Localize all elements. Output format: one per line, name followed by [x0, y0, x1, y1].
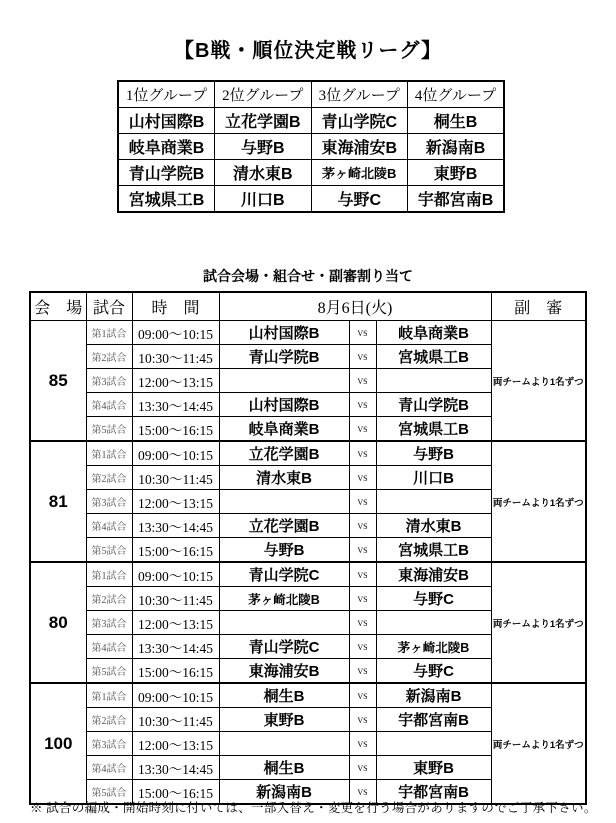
group-header-3rd: 3位グループ: [311, 81, 408, 108]
match-number-cell: 第4試合: [86, 756, 132, 780]
vs-label: vs: [349, 756, 376, 780]
group-team-cell: 与野B: [215, 134, 312, 160]
referee-note: 両チームより1名ずつ: [492, 495, 586, 509]
schedule-subtitle: 試合会場・組合せ・副審割り当て: [0, 266, 616, 286]
referee-cell: 両チームより1名ずつ: [491, 683, 586, 804]
schedule-table-body: 85第1試合09:00〜10:15山村国際Bvs岐阜商業B両チームより1名ずつ第…: [30, 321, 586, 805]
vs-label: vs: [349, 490, 376, 514]
group-table-row: 青山学院B清水東B茅ヶ崎北陵B東野B: [118, 160, 504, 186]
schedule-section: 会 場 試合 時 間 8月6日(火) 副 審 85第1試合09:00〜10:15…: [29, 291, 587, 805]
group-header-2nd: 2位グループ: [215, 81, 312, 108]
match-time-cell: 09:00〜10:15: [132, 562, 219, 587]
match-time-cell: 13:30〜14:45: [132, 635, 219, 659]
group-team-cell: 立花学園B: [215, 108, 312, 134]
group-team-cell: 東野B: [408, 160, 505, 186]
group-header-1st: 1位グループ: [118, 81, 215, 108]
match-column-header: 試合: [86, 292, 132, 321]
footnote: ※ 試合の編成・開始時刻に付いては、一部入替え・変更を行う場合がありますのでご了…: [30, 798, 597, 816]
match-time-cell: 13:30〜14:45: [132, 393, 219, 417]
match-number-cell: 第5試合: [86, 659, 132, 684]
home-team-cell: 立花学園B: [219, 441, 349, 466]
time-column-header: 時 間: [132, 292, 219, 321]
referee-cell: 両チームより1名ずつ: [491, 321, 586, 442]
date-column-header: 8月6日(火): [219, 292, 491, 321]
away-team-cell: 清水東B: [376, 514, 491, 538]
match-number-cell: 第1試合: [86, 441, 132, 466]
home-team-cell: 与野B: [219, 538, 349, 563]
match-time-cell: 15:00〜16:15: [132, 659, 219, 684]
schedule-match-row: 100第1試合09:00〜10:15桐生Bvs新潟南B両チームより1名ずつ: [30, 683, 586, 708]
vs-label: vs: [349, 708, 376, 732]
match-time-cell: 10:30〜11:45: [132, 466, 219, 490]
schedule-table: 会 場 試合 時 間 8月6日(火) 副 審 85第1試合09:00〜10:15…: [29, 291, 587, 805]
away-team-cell: 宇都宮南B: [376, 708, 491, 732]
referee-note: 両チームより1名ずつ: [492, 374, 586, 388]
match-number-cell: 第2試合: [86, 708, 132, 732]
vs-label: vs: [349, 393, 376, 417]
match-number-cell: 第1試合: [86, 321, 132, 345]
vs-label: vs: [349, 441, 376, 466]
match-number-cell: 第3試合: [86, 611, 132, 635]
away-team-cell: 与野C: [376, 659, 491, 684]
home-team-cell: [219, 732, 349, 756]
home-team-cell: [219, 369, 349, 393]
group-team-cell: 宇都宮南B: [408, 186, 505, 213]
vs-label: vs: [349, 514, 376, 538]
match-number-cell: 第3試合: [86, 732, 132, 756]
match-number-cell: 第3試合: [86, 369, 132, 393]
home-team-cell: 青山学院C: [219, 562, 349, 587]
group-team-cell: 青山学院C: [311, 108, 408, 134]
group-header-4th: 4位グループ: [408, 81, 505, 108]
vs-label: vs: [349, 321, 376, 345]
group-team-cell: 与野C: [311, 186, 408, 213]
away-team-cell: [376, 611, 491, 635]
group-table-body: 山村国際B立花学園B青山学院C桐生B岐阜商業B与野B東海浦安B新潟南B青山学院B…: [118, 108, 504, 213]
home-team-cell: 東海浦安B: [219, 659, 349, 684]
away-team-cell: [376, 732, 491, 756]
group-team-cell: 茅ヶ崎北陵B: [311, 160, 408, 186]
group-standings-section: 1位グループ 2位グループ 3位グループ 4位グループ 山村国際B立花学園B青山…: [117, 80, 505, 213]
referee-cell: 両チームより1名ずつ: [491, 441, 586, 562]
match-number-cell: 第4試合: [86, 393, 132, 417]
away-team-cell: 川口B: [376, 466, 491, 490]
group-team-cell: 清水東B: [215, 160, 312, 186]
away-team-cell: 東野B: [376, 756, 491, 780]
match-number-cell: 第1試合: [86, 683, 132, 708]
away-team-cell: 新潟南B: [376, 683, 491, 708]
referee-cell: 両チームより1名ずつ: [491, 562, 586, 683]
match-time-cell: 12:00〜13:15: [132, 369, 219, 393]
vs-label: vs: [349, 345, 376, 369]
vs-label: vs: [349, 562, 376, 587]
match-number-cell: 第5試合: [86, 538, 132, 563]
vs-label: vs: [349, 538, 376, 563]
match-number-cell: 第2試合: [86, 345, 132, 369]
match-time-cell: 12:00〜13:15: [132, 490, 219, 514]
match-time-cell: 09:00〜10:15: [132, 683, 219, 708]
vs-label: vs: [349, 587, 376, 611]
home-team-cell: 立花学園B: [219, 514, 349, 538]
group-team-cell: 桐生B: [408, 108, 505, 134]
group-table-row: 岐阜商業B与野B東海浦安B新潟南B: [118, 134, 504, 160]
home-team-cell: 清水東B: [219, 466, 349, 490]
page-title: 【B戦・順位決定戦リーグ】: [0, 34, 616, 63]
away-team-cell: 与野C: [376, 587, 491, 611]
match-time-cell: 09:00〜10:15: [132, 441, 219, 466]
vs-label: vs: [349, 466, 376, 490]
away-team-cell: [376, 369, 491, 393]
venue-cell: 85: [30, 321, 86, 442]
referee-note: 両チームより1名ずつ: [492, 616, 586, 630]
group-team-cell: 新潟南B: [408, 134, 505, 160]
away-team-cell: 東海浦安B: [376, 562, 491, 587]
away-team-cell: 茅ヶ崎北陵B: [376, 635, 491, 659]
home-team-cell: [219, 490, 349, 514]
group-team-cell: 山村国際B: [118, 108, 215, 134]
match-number-cell: 第2試合: [86, 587, 132, 611]
away-team-cell: 宮城県工B: [376, 345, 491, 369]
match-number-cell: 第4試合: [86, 514, 132, 538]
home-team-cell: 青山学院B: [219, 345, 349, 369]
referee-note: 両チームより1名ずつ: [492, 737, 586, 751]
vs-label: vs: [349, 732, 376, 756]
match-time-cell: 10:30〜11:45: [132, 708, 219, 732]
group-team-cell: 宮城県工B: [118, 186, 215, 213]
vs-label: vs: [349, 683, 376, 708]
tournament-schedule-page: { "page": { "title": "【B戦・順位決定戦リーグ】", "s…: [0, 0, 616, 823]
match-time-cell: 10:30〜11:45: [132, 587, 219, 611]
group-table: 1位グループ 2位グループ 3位グループ 4位グループ 山村国際B立花学園B青山…: [117, 80, 505, 213]
match-time-cell: 15:00〜16:15: [132, 417, 219, 442]
vs-label: vs: [349, 659, 376, 684]
match-time-cell: 10:30〜11:45: [132, 345, 219, 369]
match-number-cell: 第3試合: [86, 490, 132, 514]
vs-label: vs: [349, 369, 376, 393]
group-team-cell: 東海浦安B: [311, 134, 408, 160]
group-table-row: 山村国際B立花学園B青山学院C桐生B: [118, 108, 504, 134]
away-team-cell: 青山学院B: [376, 393, 491, 417]
home-team-cell: 山村国際B: [219, 321, 349, 345]
match-time-cell: 13:30〜14:45: [132, 514, 219, 538]
schedule-header-row: 会 場 試合 時 間 8月6日(火) 副 審: [30, 292, 586, 321]
group-table-header-row: 1位グループ 2位グループ 3位グループ 4位グループ: [118, 81, 504, 108]
referee-column-header: 副 審: [491, 292, 586, 321]
away-team-cell: 岐阜商業B: [376, 321, 491, 345]
group-team-cell: 青山学院B: [118, 160, 215, 186]
match-number-cell: 第2試合: [86, 466, 132, 490]
away-team-cell: 宮城県工B: [376, 538, 491, 563]
home-team-cell: 青山学院C: [219, 635, 349, 659]
home-team-cell: 茅ヶ崎北陵B: [219, 587, 349, 611]
match-time-cell: 09:00〜10:15: [132, 321, 219, 345]
away-team-cell: [376, 490, 491, 514]
match-number-cell: 第4試合: [86, 635, 132, 659]
match-time-cell: 12:00〜13:15: [132, 611, 219, 635]
home-team-cell: 桐生B: [219, 756, 349, 780]
venue-cell: 81: [30, 441, 86, 562]
venue-cell: 100: [30, 683, 86, 804]
venue-column-header: 会 場: [30, 292, 86, 321]
home-team-cell: 桐生B: [219, 683, 349, 708]
group-team-cell: 岐阜商業B: [118, 134, 215, 160]
match-time-cell: 13:30〜14:45: [132, 756, 219, 780]
away-team-cell: 与野B: [376, 441, 491, 466]
home-team-cell: 岐阜商業B: [219, 417, 349, 442]
venue-cell: 80: [30, 562, 86, 683]
away-team-cell: 宮城県工B: [376, 417, 491, 442]
schedule-match-row: 85第1試合09:00〜10:15山村国際Bvs岐阜商業B両チームより1名ずつ: [30, 321, 586, 345]
schedule-match-row: 80第1試合09:00〜10:15青山学院Cvs東海浦安B両チームより1名ずつ: [30, 562, 586, 587]
vs-label: vs: [349, 635, 376, 659]
vs-label: vs: [349, 611, 376, 635]
match-number-cell: 第1試合: [86, 562, 132, 587]
match-time-cell: 12:00〜13:15: [132, 732, 219, 756]
vs-label: vs: [349, 417, 376, 442]
match-number-cell: 第5試合: [86, 417, 132, 442]
home-team-cell: 山村国際B: [219, 393, 349, 417]
match-time-cell: 15:00〜16:15: [132, 538, 219, 563]
group-table-row: 宮城県工B川口B与野C宇都宮南B: [118, 186, 504, 213]
home-team-cell: 東野B: [219, 708, 349, 732]
schedule-match-row: 81第1試合09:00〜10:15立花学園Bvs与野B両チームより1名ずつ: [30, 441, 586, 466]
group-team-cell: 川口B: [215, 186, 312, 213]
home-team-cell: [219, 611, 349, 635]
